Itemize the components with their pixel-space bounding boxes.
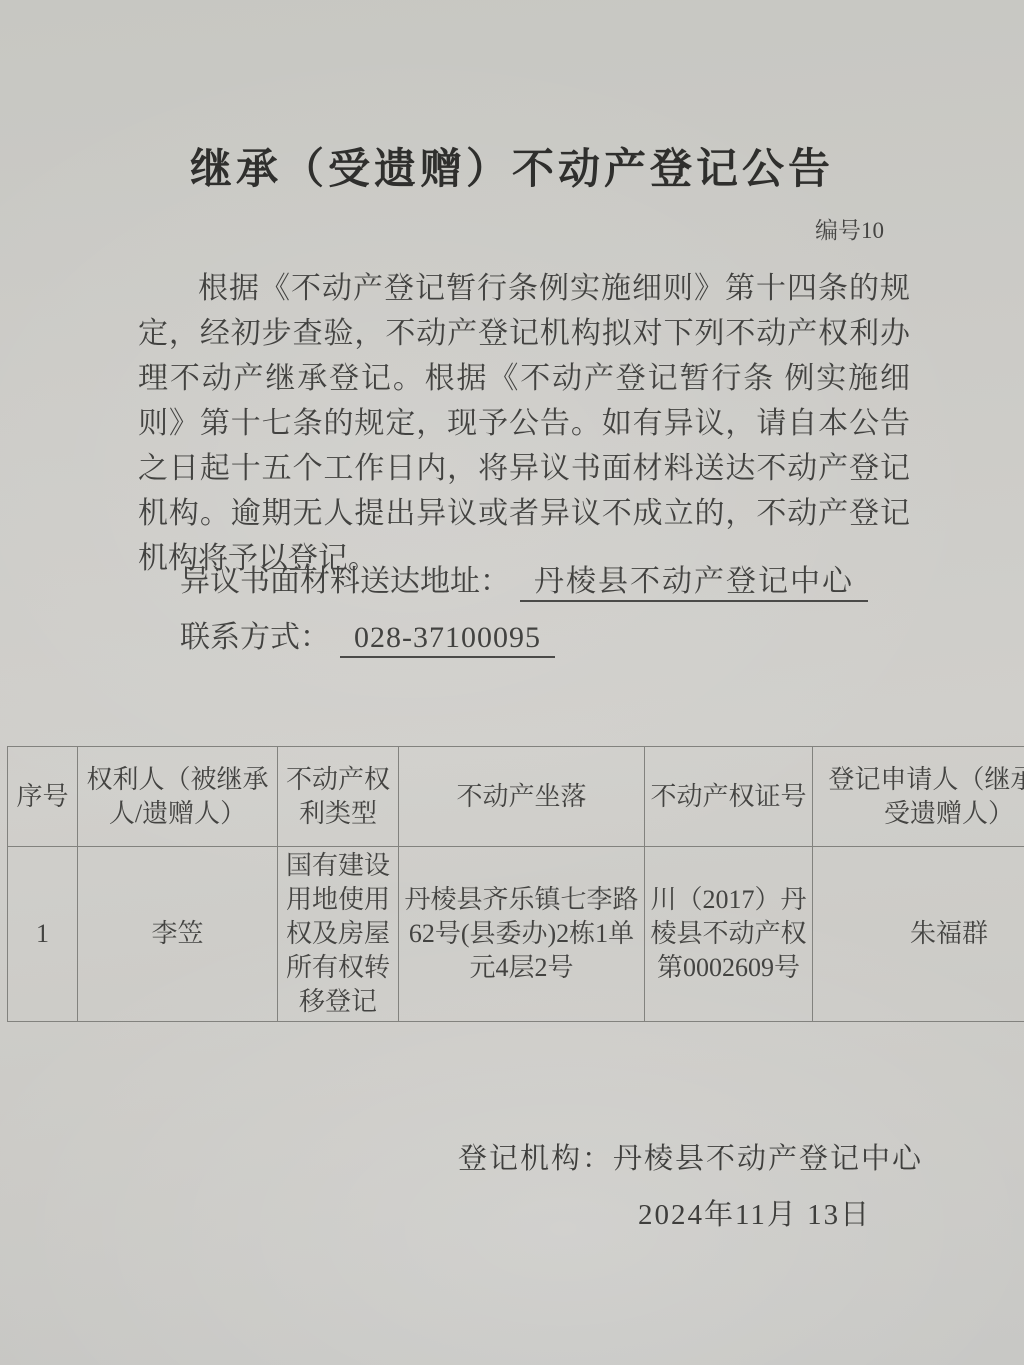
header-location: 不动产坐落 (399, 747, 645, 847)
contact-value: 028-37100095 (340, 621, 555, 658)
table-header-row: 序号 权利人（被继承人/遗赠人） 不动产权利类型 不动产坐落 不动产权证号 登记… (8, 747, 1024, 847)
contact-label: 联系方式： (180, 621, 330, 654)
notice-body: 根据《不动产登记暂行条例实施细则》第十四条的规 定，经初步查验，不动产登记机构拟… (138, 266, 910, 581)
cell-right-type: 国有建设用地使用权及房屋所有权转移登记 (278, 847, 399, 1022)
cell-location: 丹棱县齐乐镇七李路62号(县委办)2栋1单元4层2号 (399, 847, 645, 1022)
scanned-notice-page: { "page": { "title": "继承（受遗赠）不动产登记公告", "… (0, 0, 1024, 1365)
header-right-type: 不动产权利类型 (278, 747, 399, 847)
cell-holder: 李笠 (78, 847, 278, 1022)
header-applicant: 登记申请人（继承人/受遗赠人） (813, 747, 1024, 847)
page-title: 继承（受遗赠）不动产登记公告 (0, 136, 1024, 196)
cell-cert-no: 川（2017）丹棱县不动产权第0002609号 (645, 847, 813, 1022)
header-seq: 序号 (8, 747, 78, 847)
objection-address-line: 异议书面材料送达地址：丹棱县不动产登记中心 (180, 562, 868, 602)
body-line: 定，经初步查验，不动产登记机构拟对下列不动产权利办 (138, 311, 910, 356)
cell-applicant: 朱福群 (813, 847, 1024, 1022)
body-line: 之日起十五个工作日内，将异议书面材料送达不动产登记 (138, 446, 910, 491)
body-line: 理不动产继承登记。根据《不动产登记暂行条 例实施细 (138, 356, 910, 401)
body-line: 机构。逾期无人提出异议或者异议不成立的，不动产登记 (138, 491, 910, 536)
registration-table: 序号 权利人（被继承人/遗赠人） 不动产权利类型 不动产坐落 不动产权证号 登记… (7, 746, 1024, 1022)
table-row: 1 李笠 国有建设用地使用权及房屋所有权转移登记 丹棱县齐乐镇七李路62号(县委… (8, 847, 1024, 1022)
body-line: 则》第十七条的规定，现予公告。如有异议，请自本公告 (138, 401, 910, 446)
registry-authority-line: 登记机构：丹棱县不动产登记中心 (458, 1136, 923, 1177)
objection-address-value: 丹棱县不动产登记中心 (520, 565, 868, 602)
contact-line: 联系方式：028-37100095 (180, 618, 555, 658)
objection-address-label: 异议书面材料送达地址： (180, 565, 510, 598)
doc-number: 编号10 (0, 212, 884, 245)
body-line: 根据《不动产登记暂行条例实施细则》第十四条的规 (138, 266, 910, 311)
header-holder: 权利人（被继承人/遗赠人） (78, 747, 278, 847)
cell-seq: 1 (8, 847, 78, 1022)
notice-date: 2024年11月 13日 (638, 1192, 871, 1233)
header-cert-no: 不动产权证号 (645, 747, 813, 847)
